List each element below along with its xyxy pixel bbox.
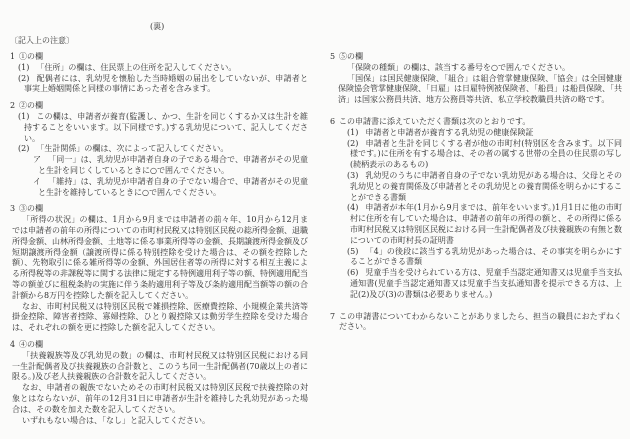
section-4: 4④の欄「扶養親族等及び乳幼児の数」の欄は、市町村民税又は特別区民税における同一… [10,340,308,426]
section-number: 5 [330,52,335,63]
item-text: 児童手当を受けられている方は、児童手当認定通知書又は児童手当支払通知書(児童手当… [350,268,622,299]
item-text: 「所得の状況」の欄は、1月から9月までは申請者の前々年、10月から12月までは申… [12,215,308,300]
list-item: ア「同一」は、乳幼児が申請者自身の子である場合で、申請者がその児童と生計を同じく… [10,155,308,177]
item-marker: イ [33,177,41,186]
section-title: この申請書についてわからないことがありましたら、担当の職員におたずねください。 [339,312,622,332]
paragraph: 「扶養親族等及び乳幼児の数」の欄は、市町村民税又は特別区民税における同一生計配偶… [10,351,308,383]
paragraph: 「国保」は国民健康保険、「組合」は組合管掌健康保険、「協会」は全国健康保険協会管… [330,74,622,106]
section-6: 6この申請書に添えていただく書類は次のとおりです。(1)申請者と申請者が養育する… [330,117,622,301]
list-item: (2)配偶者には、乳幼児を懐胎した当時婚姻の届出をしていないが、申請者と事実上婚… [10,74,308,96]
section-heading: 7この申請書についてわからないことがありましたら、担当の職員におたずねください。 [330,312,622,334]
section-title: ③の欄 [19,204,43,213]
paragraph: なお、市町村民税又は特別区民税で雑損控除、医療費控除、小規模企業共済等掛金控除、… [10,302,308,334]
section-number: 1 [10,52,15,63]
section-number: 7 [330,312,335,323]
list-item: (1)この欄は、申請者が養育(監護し、かつ、生計を同じくするか又は生計を維持する… [10,112,308,144]
item-text: 「住所」の欄は、住民票上の住所を記入してください。 [36,63,236,72]
item-marker: (1) [18,112,29,121]
page-side-label: (裏) [150,22,164,33]
section-number: 4 [10,340,15,351]
item-text: 申請者が本年(1月から9月までは、前年をいいます。)1月1日に他の市町村に住所を… [350,203,622,244]
item-marker: (1) [347,128,358,137]
right-column: 5⑤の欄「保険の種類」の欄は、該当する番号を○で囲んでください。「国保」は国民健… [330,52,622,344]
section-title: ⑤の欄 [339,52,363,61]
item-text: いずれもない場合は、「なし」と記入してください。 [22,416,210,425]
list-item: (2)「生計関係」の欄は、次によって記入してください。 [10,144,308,155]
item-text: 「生計関係」の欄は、次によって記入してください。 [36,144,228,153]
list-item: (4)申請者が本年(1月から9月までは、前年をいいます。)1月1日に他の市町村に… [330,203,622,246]
item-marker: (2) [18,74,29,83]
item-marker: (3) [347,171,358,180]
list-item: (1)「住所」の欄は、住民票上の住所を記入してください。 [10,63,308,74]
paragraph: なお、申請者の親族でないためその市町村民税又は特別区民税で扶養控除の対象とはなら… [10,383,308,415]
section-title: ②の欄 [19,101,43,110]
paragraph: いずれもない場合は、「なし」と記入してください。 [10,416,308,427]
item-marker: ア [33,155,41,164]
item-text: 「保険の種類」の欄は、該当する番号を○で囲んでください。 [347,63,570,72]
item-text: 「同一」は、乳幼児が申請者自身の子である場合で、申請者がその児童と生計を同じくし… [38,155,308,175]
item-text: 申請者と生計を同じくする者が他の市町村(特別区を含みます。以下同様です。)に住所… [350,139,622,170]
item-text: 「維持」は、乳幼児が申請者自身の子でない場合で、申請者がその児童と生計を維持して… [38,177,308,197]
item-text: 「4」の後段に該当する乳幼児があった場合は、その事実を明らかにすることができる書… [350,247,622,267]
section-1: 1①の欄(1)「住所」の欄は、住民票上の住所を記入してください。(2)配偶者には… [10,52,308,95]
item-text: 「扶養親族等及び乳幼児の数」の欄は、市町村民税又は特別区民税における同一生計配偶… [12,351,308,382]
section-number: 6 [330,117,335,128]
section-title: この申請書に添えていただく書類は次のとおりです。 [339,117,530,126]
item-marker: (2) [347,139,358,148]
item-marker: (5) [347,247,358,256]
item-marker: (6) [347,268,358,277]
list-item: (3)乳幼児のうちに申請者自身の子でない乳幼児がある場合は、父母とその乳幼児との… [330,171,622,203]
section-heading: 1①の欄 [10,52,308,63]
section-number: 3 [10,204,15,215]
paragraph: 「所得の状況」の欄は、1月から9月までは申請者の前々年、10月から12月までは申… [10,215,308,301]
item-text: 乳幼児のうちに申請者自身の子でない乳幼児がある場合は、父母とその乳幼児との養育関… [350,171,622,202]
left-column: 1①の欄(1)「住所」の欄は、住民票上の住所を記入してください。(2)配偶者には… [10,52,308,432]
item-text: なお、申請者の親族でないためその市町村民税又は特別区民税で扶養控除の対象とはなら… [12,383,308,414]
list-item: (2)申請者と生計を同じくする者が他の市町村(特別区を含みます。以下同様です。)… [330,139,622,171]
section-title: ④の欄 [19,340,43,349]
section-7: 7この申請書についてわからないことがありましたら、担当の職員におたずねください。 [330,312,622,334]
item-marker: (4) [347,203,358,212]
item-text: 配偶者には、乳幼児を懐胎した当時婚姻の届出をしていないが、申請者と事実上婚姻関係… [24,74,308,94]
item-text: 申請者と申請者が養育する乳幼児の健康保険証 [365,128,533,137]
section-2: 2②の欄(1)この欄は、申請者が養育(監護し、かつ、生計を同じくするか又は生計を… [10,101,308,198]
section-heading: 2②の欄 [10,101,308,112]
section-5: 5⑤の欄「保険の種類」の欄は、該当する番号を○で囲んでください。「国保」は国民健… [330,52,622,106]
item-marker: (1) [18,63,29,72]
section-heading: 6この申請書に添えていただく書類は次のとおりです。 [330,117,622,128]
item-text: 「国保」は国民健康保険、「組合」は組合管掌健康保険、「協会」は全国健康保険協会管… [338,74,622,105]
notes-heading: 〔記入上の注意〕 [10,36,74,47]
item-marker: (2) [18,144,29,153]
list-item: イ「維持」は、乳幼児が申請者自身の子でない場合で、申請者がその児童と生計を維持し… [10,177,308,199]
list-item: (5)「4」の後段に該当する乳幼児があった場合は、その事実を明らかにすることがで… [330,247,622,269]
section-heading: 3③の欄 [10,204,308,215]
section-number: 2 [10,101,15,112]
item-text: なお、市町村民税又は特別区民税で雑損控除、医療費控除、小規模企業共済等掛金控除、… [12,302,308,333]
list-item: (1)申請者と申請者が養育する乳幼児の健康保険証 [330,128,622,139]
item-text: この欄は、申請者が養育(監護し、かつ、生計を同じくするか又は生計を維持することを… [24,112,308,143]
document-page: (裏) 〔記入上の注意〕 1①の欄(1)「住所」の欄は、住民票上の住所を記入して… [0,0,630,439]
list-item: (6)児童手当を受けられている方は、児童手当認定通知書又は児童手当支払通知書(児… [330,268,622,300]
section-3: 3③の欄「所得の状況」の欄は、1月から9月までは申請者の前々年、10月から12月… [10,204,308,334]
section-heading: 5⑤の欄 [330,52,622,63]
paragraph: 「保険の種類」の欄は、該当する番号を○で囲んでください。 [330,63,622,74]
section-heading: 4④の欄 [10,340,308,351]
section-title: ①の欄 [19,52,43,61]
